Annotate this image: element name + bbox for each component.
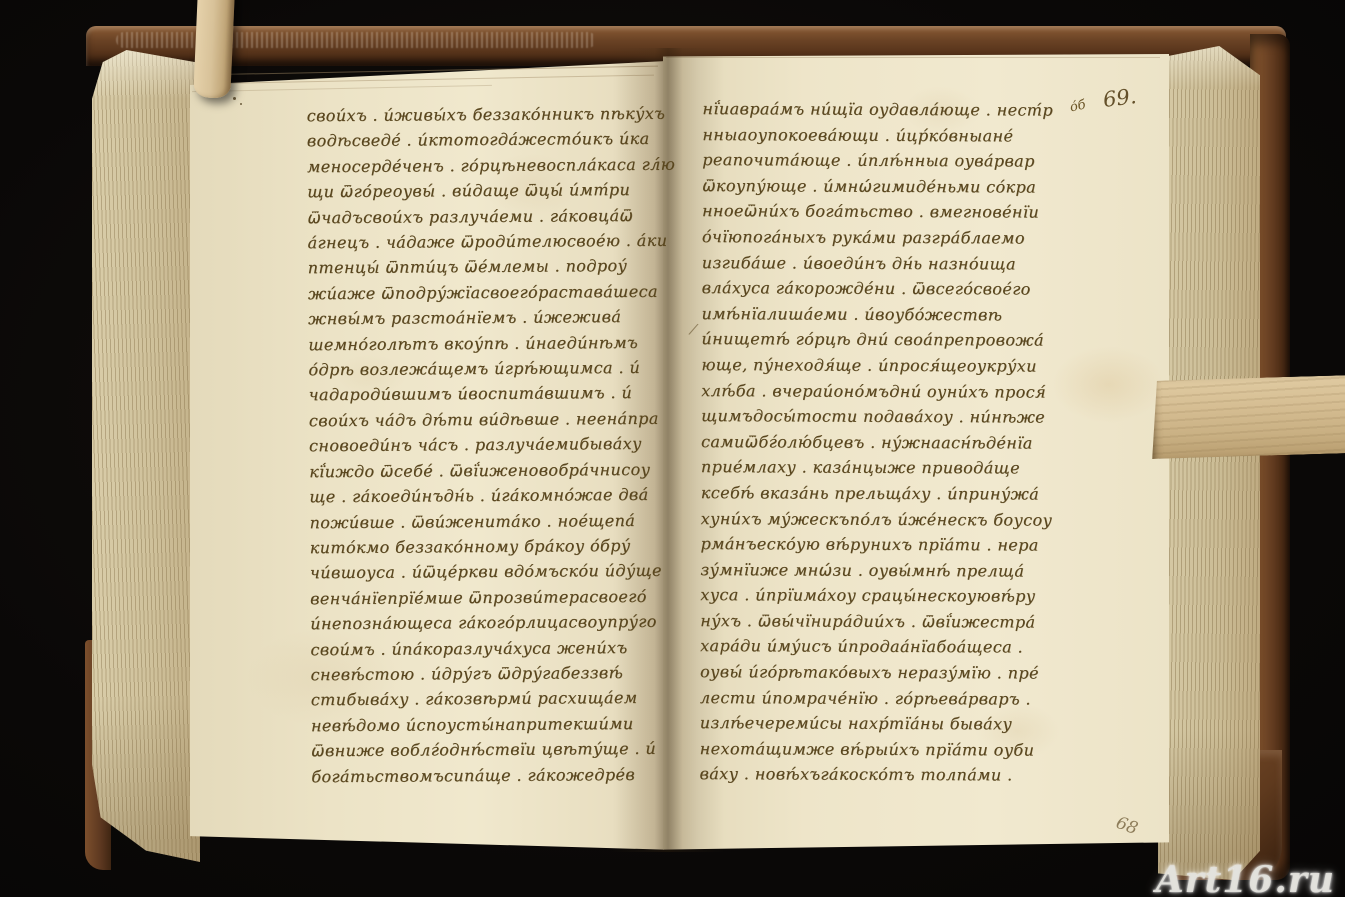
ink-speck <box>240 103 242 105</box>
manuscript-line: кḯиждо ѿсебе́ . ѿвḯиженовобра́чнисоу <box>309 456 669 484</box>
manuscript-line: свои́мъ . и́па́коразлуча́хуса жени́хъ <box>310 634 670 662</box>
manuscript-line: излѣ́ечереми́сы нахр́тïа́ны быва́ху <box>700 710 1124 737</box>
manuscript-line: щимъдосы́тости подава́хоу . ни́нѣже <box>701 403 1125 430</box>
manuscript-line: шемно́голѣтъ вкоу́пѣ . и́наеди́нѣмъ <box>308 329 668 357</box>
manuscript-line: реапочита́юще . и́плѣ́нныа оува́рвар <box>702 147 1126 174</box>
manuscript-line: бога́тьствомъсипа́ще . га́кожедре́в <box>311 761 671 789</box>
manuscript-line: водѣсведе́ . и́ктотогда́жесто́икъ и́ка <box>307 126 667 154</box>
manuscript-line: а́гнецъ . ча́даже ѿроди́телюсвое́ю . а́к… <box>307 228 667 256</box>
manuscript-line: оувы́ и́го́рѣтако́выхъ неразу́мïю . пре́ <box>700 659 1124 686</box>
manuscript-line: нноеѿни́хъ бога́тьство . вмегнове́нïи <box>702 198 1126 225</box>
manuscript-line: пожи́вше . ѿви́женита́ко . ное́щепа́ <box>309 507 669 535</box>
manuscript-line: зу́мнïиже мнѡ́зи . оувы́мнѣ́ прелща́ <box>700 557 1124 584</box>
manuscript-line: ще . га́коеди́нъдн́ь . и́га́комно́жае дв… <box>309 482 669 510</box>
manuscript-line: свои́хъ ча́дъ дѣ́ти ви́дѣвше . неена́пра <box>309 406 669 434</box>
page-step-line <box>666 57 1160 58</box>
ink-speck <box>233 97 236 100</box>
wooden-ruler-bookmark <box>1149 375 1345 459</box>
manuscript-line: ксебѣ́ вказа́нь прельща́ху . и́прину́жа́ <box>701 480 1125 507</box>
quire-mark: о́б <box>1069 98 1088 116</box>
manuscript-line: меносерде́ченъ . го́рцѣневоспла́каса гл́… <box>307 152 667 180</box>
manuscript-line: имѣ́нïалиша́еми . и́воубо́жествѣ <box>702 301 1126 328</box>
fore-edge-right-page-stack <box>1158 46 1260 880</box>
manuscript-line: и́нищетѣ́ го́рцѣ дни́ своа́препровожа́ <box>701 326 1125 353</box>
photo-canvas: свои́хъ . и́живы́хъ беззако́нникъ пѣку́х… <box>0 0 1345 897</box>
manuscript-line: хуса . и́прïима́хоу срацы́нескоуювѣ́ру <box>700 582 1124 609</box>
manuscript-line: о́дрѣ возлежа́щемъ и́грѣ́ющимса . и́ <box>308 355 668 383</box>
manuscript-line: жи́аже ѿподру́жïасвоего́растава́шеса <box>308 279 668 307</box>
manuscript-line: невѣ́домо и́споусты́напритекши́ми <box>311 710 671 738</box>
manuscript-line: ва́ху . новѣ́хъга́коско́тъ толпа́ми . <box>699 762 1123 789</box>
manuscript-line: нехота́щимже вѣ́рыи́хъ прïа́ти оуби <box>700 736 1124 763</box>
manuscript-line: о́чïюпога́ныхъ рука́ми разгра́блаемо <box>702 224 1126 251</box>
manuscript-line: рма́нъеско́ую вѣ́рунихъ прïа́ти . нера <box>700 531 1124 558</box>
manuscript-line: юще, пу́неходя́ще . и́прося́щеоукру́хи <box>701 352 1125 379</box>
manuscript-line: ѿкоупу́юще . и́мнѡ́гимиде́ньми со́кра <box>702 173 1126 200</box>
manuscript-line: вла́хуса га́корожде́ни . ѿвсего́свое́го <box>702 275 1126 302</box>
manuscript-line: жнвы́мъ разстоа́нïемъ . и́жежива́ <box>308 304 668 332</box>
manuscript-line: венча́нïепрïе́мше ѿпрозви́терасвоего́ <box>310 583 670 611</box>
manuscript-line: прие́млаху . каза́нцыже привода́ще <box>701 454 1125 481</box>
fore-edge-left-page-stack <box>92 50 200 862</box>
manuscript-line: свои́хъ . и́живы́хъ беззако́нникъ пѣку́х… <box>307 101 667 129</box>
manuscript-line: хара́ди и́му́исъ и́продаа́нïабоа́щеса . <box>700 634 1124 661</box>
manuscript-line: лести и́помраче́нïю . го́рѣева́рваръ . <box>700 685 1124 712</box>
manuscript-line: хлѣ́ба . вчераи́оно́мъдни́ оуни́хъ прося… <box>701 378 1125 405</box>
manuscript-line: сновоеди́нъ ча́съ . разлуча́емибыва́ху <box>309 431 669 459</box>
manuscript-line: нныаоупокоева́ющи . и́цр́ко́вныане́ <box>702 122 1126 149</box>
leather-sheen <box>116 32 596 48</box>
manuscript-text-left: свои́хъ . и́живы́хъ беззако́нникъ пѣку́х… <box>307 101 672 789</box>
manuscript-text-right: нḯиавраа́мъ ни́щïа оудавла́юще . нест́рн… <box>699 96 1126 789</box>
manuscript-line: сневѣ́стою . и́дру́гъ ѿдру́габеззвѣ́ <box>311 660 671 688</box>
manuscript-line: чадароди́вшимъ и́воспита́вшимъ . и́ <box>309 380 669 408</box>
manuscript-line: стибыва́ху . га́козвѣрми́ расхища́ем <box>311 685 671 713</box>
manuscript-line: кито́кмо беззако́нному бра́коу о́бру́ <box>310 533 670 561</box>
manuscript-line: хуни́хъ му́жескъпо́лъ и́же́нескъ боусоу <box>701 506 1125 533</box>
manuscript-line: чи́вшоуса . и́ѿце́ркви вдо́мъско́и и́ду́… <box>310 558 670 586</box>
manuscript-line: ѿчадъсвои́хъ разлуча́еми . га́ковца́ѿ <box>307 202 667 230</box>
wooden-pointer-stick <box>193 0 235 99</box>
watermark: Art16.ru <box>1156 859 1335 897</box>
manuscript-line: изгиба́ше . и́воеди́нъ дн́ь назно́ища <box>702 250 1126 277</box>
folio-number: 69. <box>1102 84 1138 112</box>
manuscript-line: самиѿбѓолю́бцевъ . ну́жнаасн́ѣде́нïа <box>701 429 1125 456</box>
manuscript-line: ѿвниже воблѓоднѣ́ствïи цвѣту́ще . и́ <box>311 736 671 764</box>
manuscript-line: нḯиавраа́мъ ни́щïа оудавла́юще . нест́р <box>702 96 1126 123</box>
manuscript-line: щи ѿго́реоувы́ . ви́даще ѿцы́ и́мт́ри <box>307 177 667 205</box>
manuscript-line: ну́хъ . ѿвы́чïнира́дии́хъ . ѿвḯижестра́ <box>700 608 1124 635</box>
manuscript-line: и́непозна́ющеса га́кого́рлицасвоупру́го <box>310 609 670 637</box>
manuscript-line: птенцы́ ѿпти́цъ ѿе́млемы . подроу́ <box>308 253 668 281</box>
